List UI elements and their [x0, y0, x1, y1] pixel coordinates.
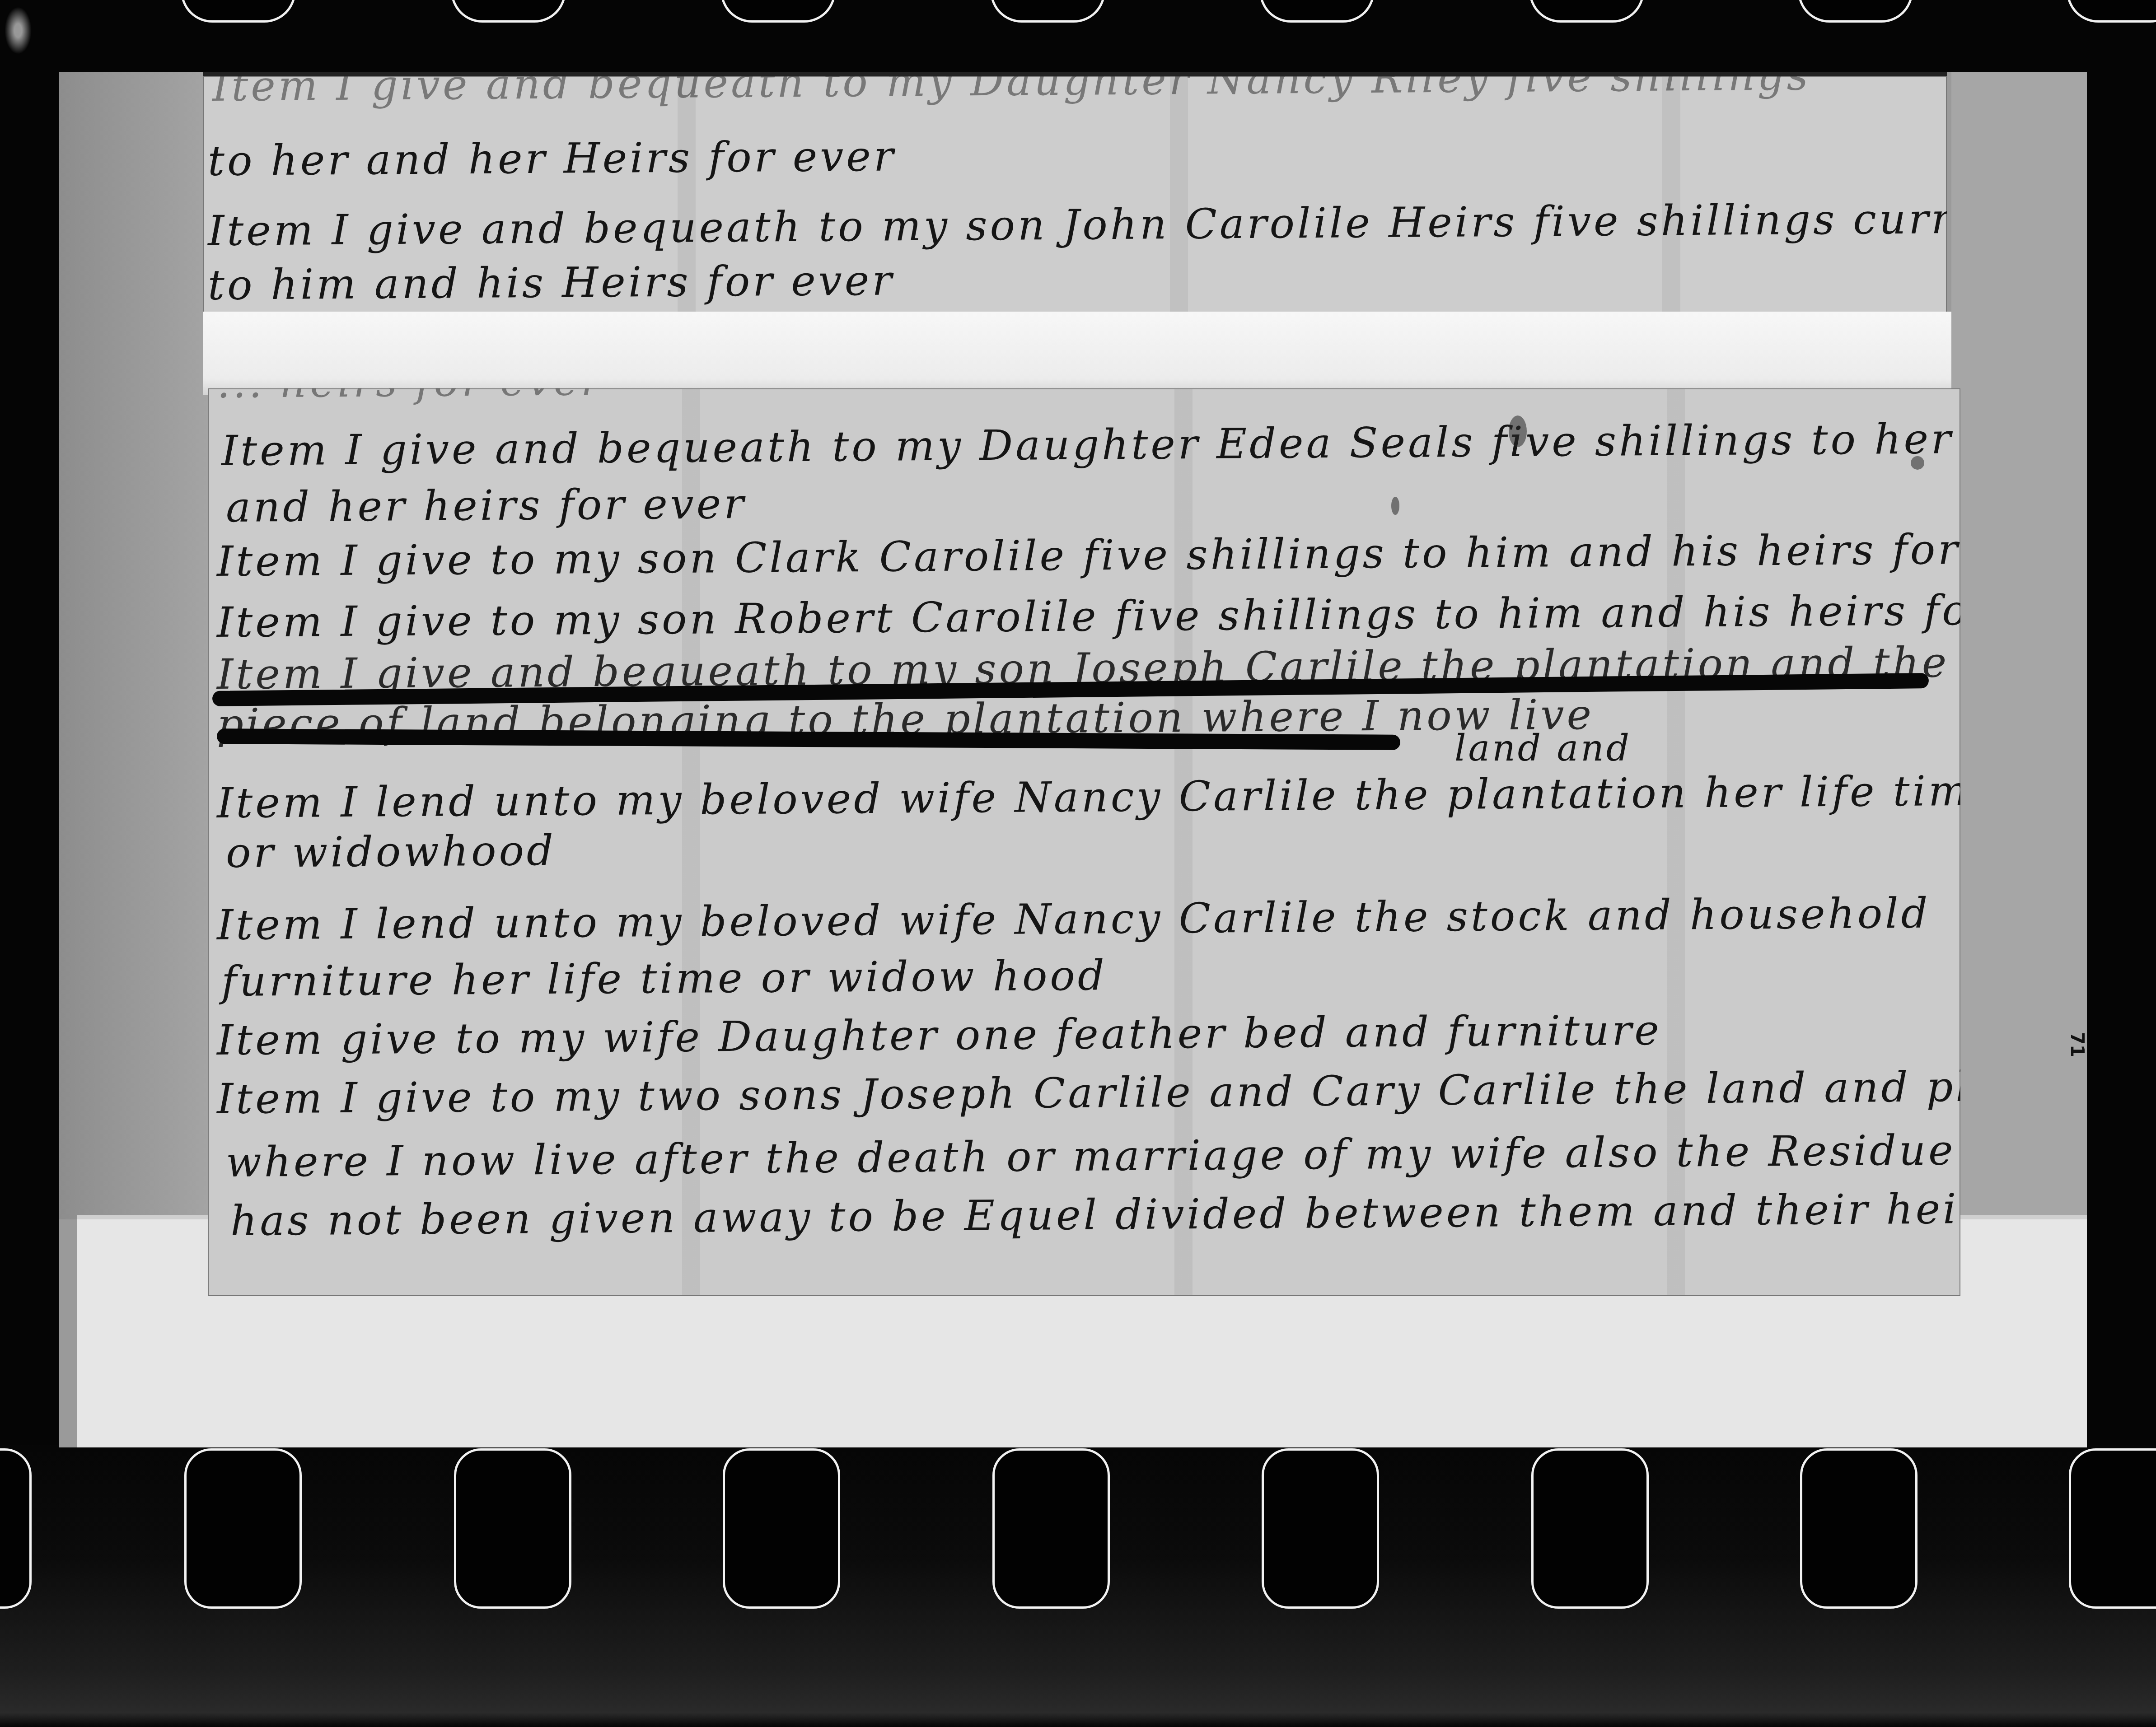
- sprocket-hole: [1531, 1448, 1649, 1609]
- handwritten-line: Item I give and bequeath to my Daughter …: [221, 415, 1954, 475]
- mount-left-edge: [59, 72, 208, 1219]
- sprocket-hole: [184, 1448, 302, 1609]
- handwritten-line: has not been given away to be Equel divi…: [230, 1185, 1960, 1245]
- sprocket-hole: [992, 1448, 1110, 1609]
- handwritten-line: Item I give to my son Robert Carolile fi…: [217, 585, 1960, 647]
- handwritten-line: Item I give and bequeath to my Daughter …: [212, 72, 1811, 111]
- handwritten-line: Item I lend unto my beloved wife Nancy C…: [217, 889, 1931, 949]
- handwritten-line: to him and his Heirs for ever: [208, 256, 895, 309]
- top-sheet: Item I give and bequeath to my Daughter …: [203, 72, 1947, 320]
- handwritten-line-partial: ... heirs for ever: [217, 388, 604, 407]
- handwritten-line: to her and her Heirs for ever: [208, 132, 896, 185]
- handwritten-line: Item give to my wife Daughter one feathe…: [217, 1006, 1662, 1064]
- sprocket-hole: [454, 1448, 571, 1609]
- ink-stain: [1911, 456, 1924, 470]
- handwritten-line: Item I give to my two sons Joseph Carlil…: [217, 1061, 1960, 1123]
- handwritten-line: Item I lend unto my beloved wife Nancy C…: [217, 766, 1960, 827]
- sprocket-hole: [723, 1448, 840, 1609]
- inserted-text: land and: [1454, 727, 1632, 769]
- film-speck: [5, 7, 32, 54]
- sprocket-hole: [2069, 1448, 2156, 1609]
- paper-fold-strip: [203, 312, 1951, 395]
- ink-stain: [1391, 497, 1399, 515]
- handwritten-line: Item I give and bequeath to my son John …: [208, 194, 1947, 255]
- handwritten-line: furniture her life time or widow hood: [221, 951, 1107, 1006]
- handwritten-line: or widowhood: [226, 826, 556, 877]
- handwritten-line: Item I give to my son Clark Carolile fiv…: [217, 524, 1960, 586]
- ink-stain: [1509, 415, 1527, 447]
- frame-number: 71: [2067, 1032, 2087, 1057]
- main-sheet: ... heirs for ever Item I give and beque…: [208, 388, 1960, 1296]
- handwritten-line: where I now live after the death or marr…: [226, 1125, 1960, 1186]
- sprocket-hole: [1800, 1448, 1917, 1609]
- sprocket-hole: [0, 1448, 32, 1609]
- sprocket-hole: [1262, 1448, 1379, 1609]
- handwritten-line: and her heirs for ever: [226, 480, 747, 532]
